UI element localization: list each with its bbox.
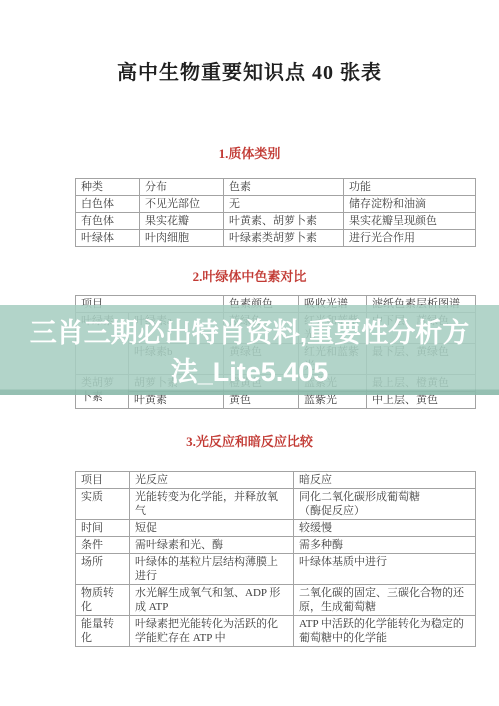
- table-cell: 种类: [76, 179, 140, 196]
- table-cell: 分布: [140, 179, 224, 196]
- page-title: 高中生物重要知识点 40 张表: [0, 0, 499, 84]
- table-row: 条件需叶绿素和光、酶需多种酶: [76, 537, 476, 554]
- plastid-types-table: 种类分布色素功能白色体不见光部位无储存淀粉和油滴有色体果实花瓣叶黄素、胡萝卜素果…: [75, 178, 476, 247]
- table-row: 实质光能转变为化学能，并释放氧气同化二氧化碳形成葡萄糖 （酶促反应）: [76, 489, 476, 520]
- table-cell: 物质转化: [76, 585, 130, 616]
- table-cell: 进行光合作用: [344, 230, 476, 247]
- section-heading-light-dark-reaction: 3.光反应和暗反应比较: [0, 435, 499, 449]
- table-row: 项目光反应暗反应: [76, 472, 476, 489]
- light-dark-reaction-table: 项目光反应暗反应实质光能转变为化学能，并释放氧气同化二氧化碳形成葡萄糖 （酶促反…: [75, 471, 476, 647]
- table-cell: 色素: [224, 179, 344, 196]
- table-cell: 较缓慢: [294, 520, 476, 537]
- watermark-text-line1: 三肖三期必出特肖资料,重要性分析方: [0, 314, 499, 353]
- table-row: 有色体果实花瓣叶黄素、胡萝卜素果实花瓣呈现颜色: [76, 213, 476, 230]
- section-heading-pigment-comparison: 2.叶绿体中色素对比: [0, 270, 499, 284]
- table-cell: 叶绿素类胡萝卜素: [224, 230, 344, 247]
- table-row: 场所叶绿体的基粒片层结构薄膜上进行叶绿体基质中进行: [76, 554, 476, 585]
- table-row: 叶绿体叶肉细胞叶绿素类胡萝卜素进行光合作用: [76, 230, 476, 247]
- table-cell: 条件: [76, 537, 130, 554]
- table-row: 白色体不见光部位无储存淀粉和油滴: [76, 196, 476, 213]
- table-cell: 不见光部位: [140, 196, 224, 213]
- table-row: 种类分布色素功能: [76, 179, 476, 196]
- table-cell: 叶绿体基质中进行: [294, 554, 476, 585]
- table-cell: 有色体: [76, 213, 140, 230]
- table-cell: 果实花瓣: [140, 213, 224, 230]
- table-cell: 果实花瓣呈现颜色: [344, 213, 476, 230]
- table-row: 物质转化水光解生成氧气和氢、ADP 形成 ATP二氧化碳的固定、三碳化合物的还原…: [76, 585, 476, 616]
- table-cell: 光能转变为化学能，并释放氧气: [130, 489, 294, 520]
- table-cell: 水光解生成氧气和氢、ADP 形成 ATP: [130, 585, 294, 616]
- table-row: 能量转化叶绿素把光能转化为活跃的化学能贮存在 ATP 中ATP 中活跃的化学能转…: [76, 616, 476, 647]
- table-cell: 实质: [76, 489, 130, 520]
- table-cell: 功能: [344, 179, 476, 196]
- table-cell: 白色体: [76, 196, 140, 213]
- table-cell: 二氧化碳的固定、三碳化合物的还原，生成葡萄糖: [294, 585, 476, 616]
- table-cell: 叶绿体的基粒片层结构薄膜上进行: [130, 554, 294, 585]
- table-cell: ATP 中活跃的化学能转化为稳定的葡萄糖中的化学能: [294, 616, 476, 647]
- table-cell: 叶绿体: [76, 230, 140, 247]
- watermark-banner: 三肖三期必出特肖资料,重要性分析方 法_Lite5.405: [0, 305, 499, 395]
- table-cell: 能量转化: [76, 616, 130, 647]
- table-cell: 时间: [76, 520, 130, 537]
- table-cell: 叶绿素把光能转化为活跃的化学能贮存在 ATP 中: [130, 616, 294, 647]
- section-heading-plastid-types: 1.质体类别: [0, 147, 499, 161]
- table-cell: 需叶绿素和光、酶: [130, 537, 294, 554]
- table-cell: 需多种酶: [294, 537, 476, 554]
- table-cell: 叶黄素、胡萝卜素: [224, 213, 344, 230]
- table-cell: 无: [224, 196, 344, 213]
- table-cell: 储存淀粉和油滴: [344, 196, 476, 213]
- table-cell: 暗反应: [294, 472, 476, 489]
- table-cell: 叶肉细胞: [140, 230, 224, 247]
- table-cell: 短促: [130, 520, 294, 537]
- table-cell: 项目: [76, 472, 130, 489]
- table-cell: 光反应: [130, 472, 294, 489]
- table-cell: 场所: [76, 554, 130, 585]
- table-row: 时间短促较缓慢: [76, 520, 476, 537]
- table-cell: 同化二氧化碳形成葡萄糖 （酶促反应）: [294, 489, 476, 520]
- watermark-text-line2: 法_Lite5.405: [0, 353, 499, 392]
- document-page: 高中生物重要知识点 40 张表 1.质体类别 种类分布色素功能白色体不见光部位无…: [0, 0, 499, 706]
